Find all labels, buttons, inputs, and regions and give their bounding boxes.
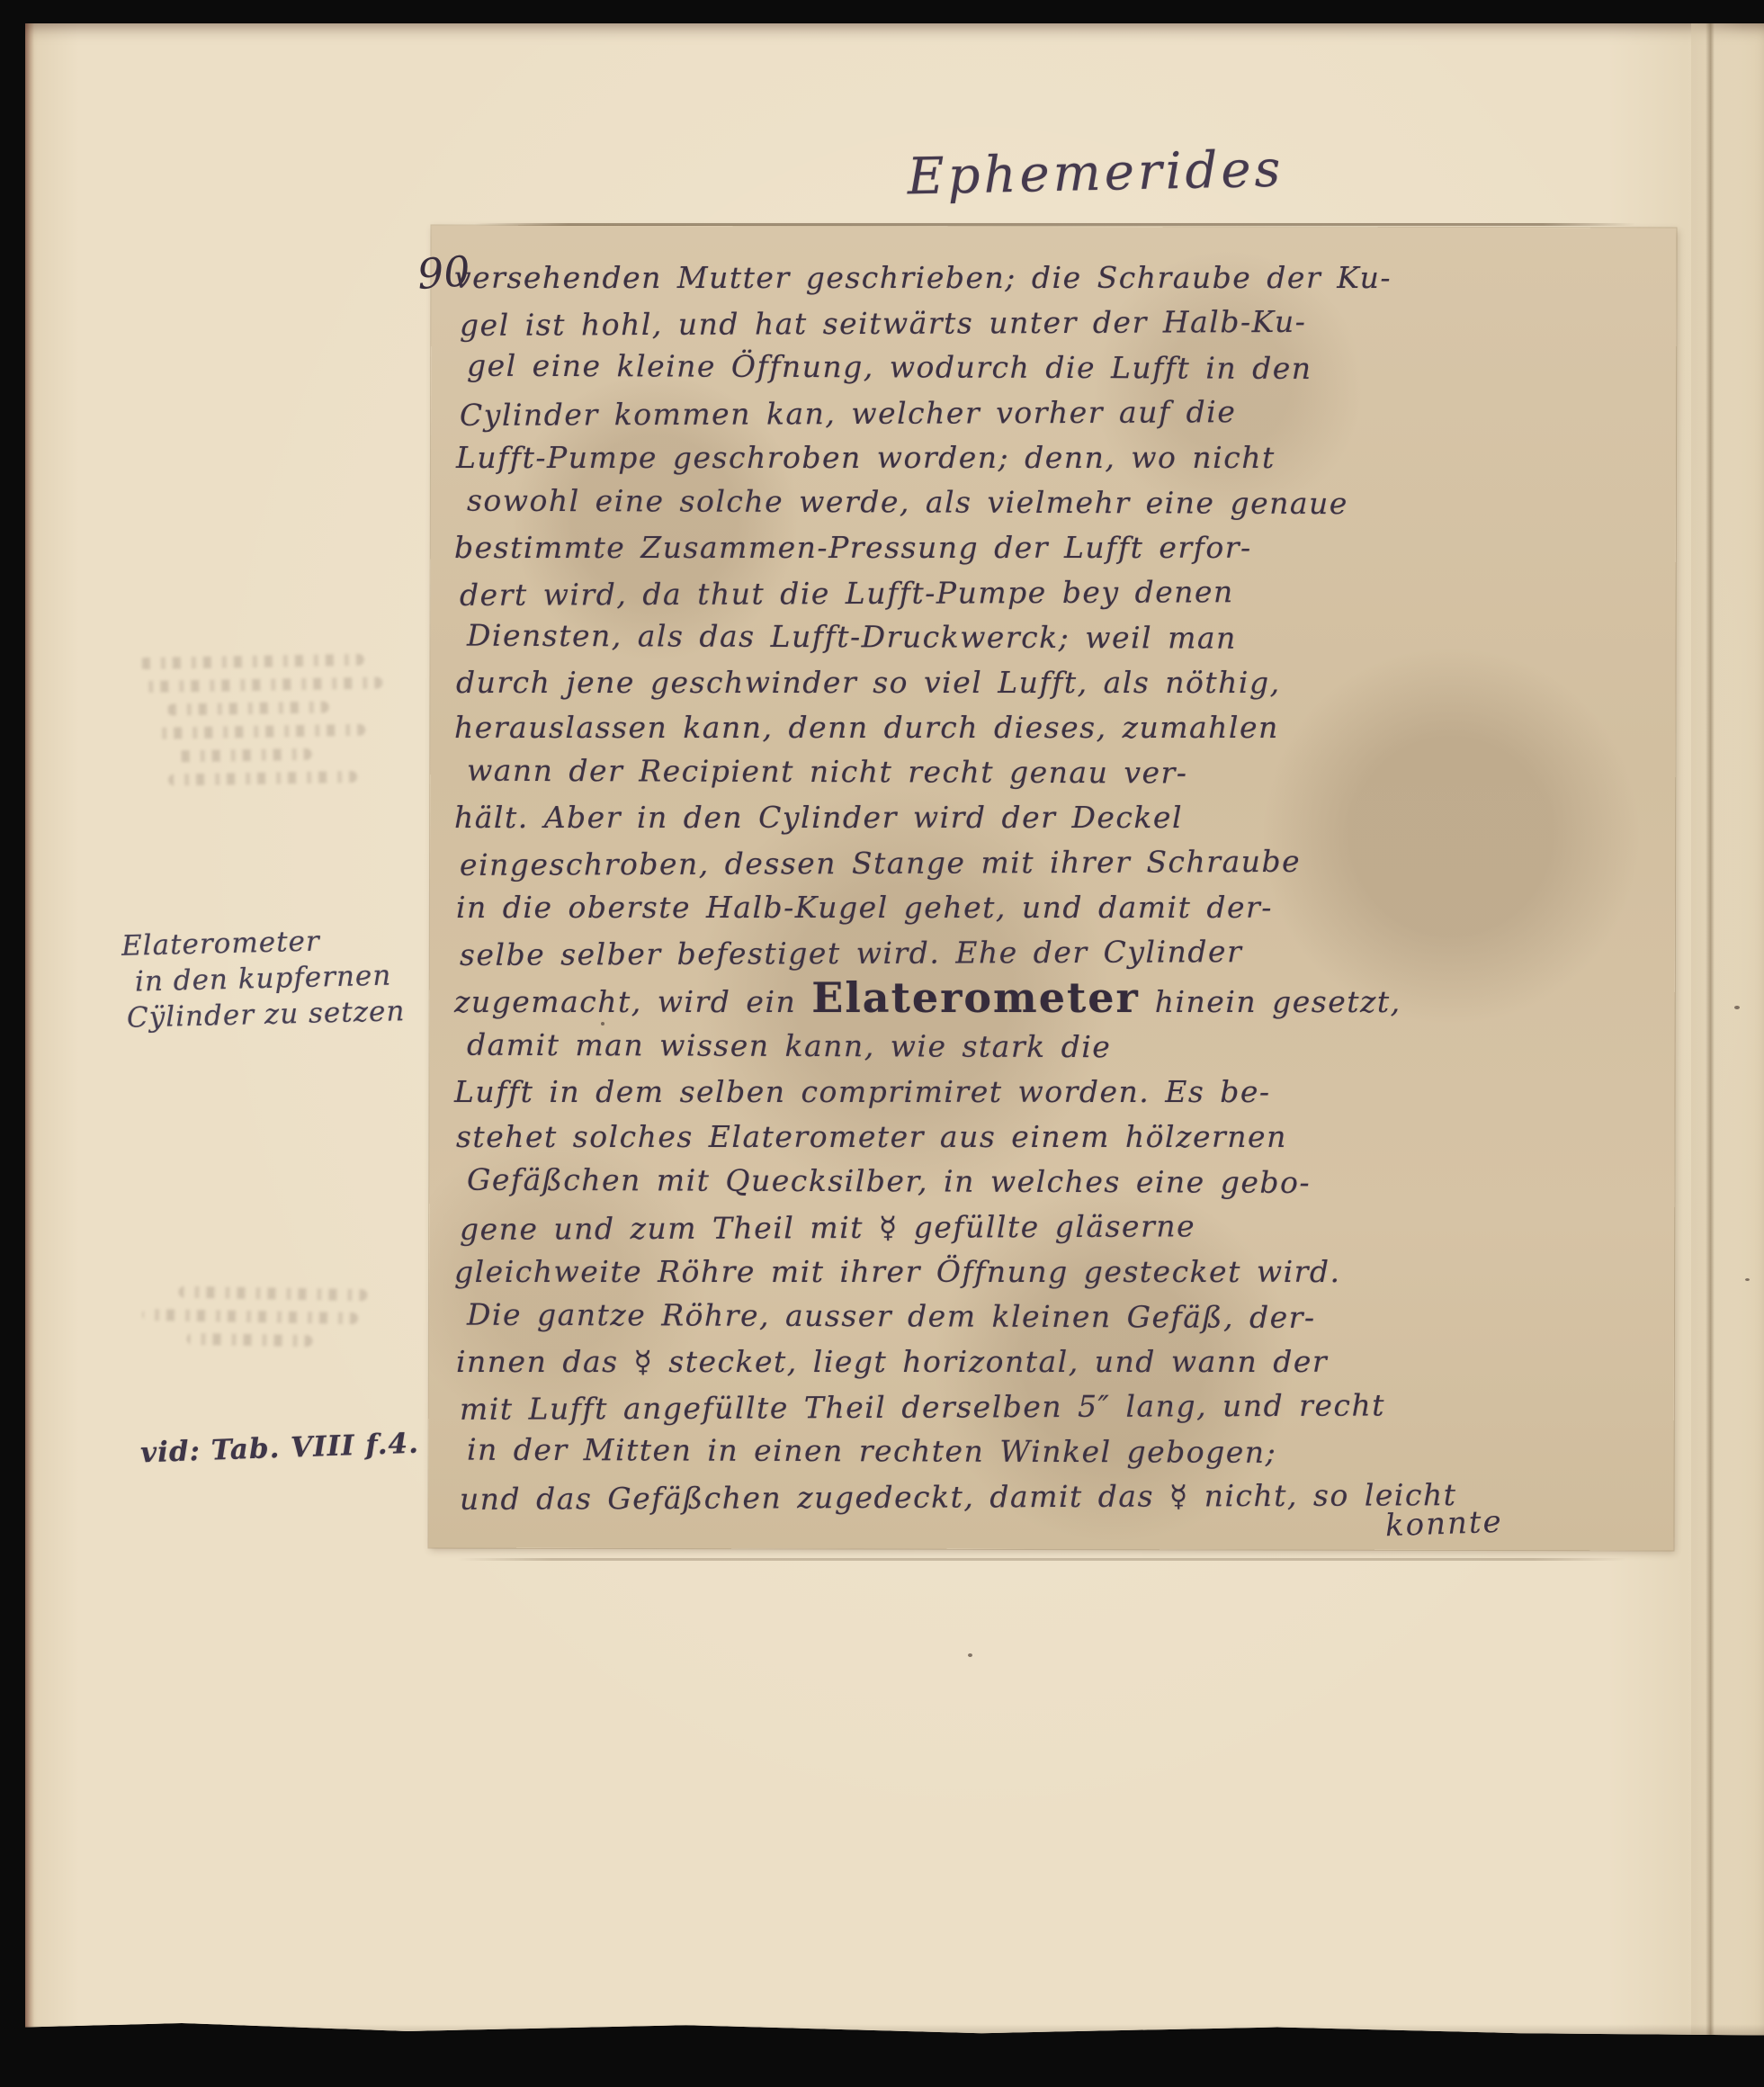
body-line: dert wird, da thut die Lufft-Pumpe bey d… [460, 568, 1679, 618]
body-line: durch jene geschwinder so viel Lufft, al… [456, 660, 1676, 705]
catchword: konnte [1384, 1504, 1503, 1545]
elaterometer-word: Elaterometer [811, 973, 1139, 1022]
ink-speck [968, 1653, 972, 1657]
body-line: eingeschroben, dessen Stange mit ihrer S… [460, 837, 1679, 888]
body-line: innen das ☿ stecket, liegt horizontal, u… [456, 1339, 1676, 1384]
body-text: versehenden Mutter geschrieben; die Schr… [454, 255, 1674, 1519]
ink-speck [601, 1022, 604, 1026]
bleedthrough-block-lower [132, 1274, 368, 1360]
body-line: Die gantze Röhre, ausser dem kleinen Gef… [467, 1293, 1687, 1342]
body-line: gleichweite Röhre mit ihrer Öffnung gest… [454, 1250, 1674, 1294]
body-line: mit Lufft angefüllte Theil derselben 5″ … [460, 1382, 1679, 1432]
body-line: bestimmte Zusammen-Pressung der Lufft er… [454, 525, 1674, 570]
page-title: Ephemerides [861, 139, 1330, 208]
body-line: damit man wissen kann, wie stark die [467, 1023, 1687, 1072]
scanned-book-page: Ephemerides 90 versehenden Mutter geschr… [0, 0, 1764, 2087]
body-line-post: hinein gesetzt, [1140, 984, 1401, 1019]
body-line: Diensten, als das Lufft-Druckwerck; weil… [467, 614, 1687, 663]
body-line: Cylinder kommen kan, welcher vorher auf … [460, 388, 1679, 438]
header-rule [475, 223, 1635, 226]
body-line: Lufft in dem selben comprimiret worden. … [454, 1070, 1674, 1115]
footer-rule [457, 1558, 1626, 1561]
ink-speck [1734, 1006, 1740, 1009]
body-line: in die oberste Halb-Kugel gehet, und dam… [456, 885, 1676, 930]
body-line: hält. Aber in den Cylinder wird der Deck… [454, 795, 1674, 840]
body-line: gel ist hohl, und hat seitwärts unter de… [460, 298, 1679, 348]
body-line: gene und zum Theil mit ☿ gefüllte gläser… [460, 1202, 1679, 1252]
body-line: wann der Recipient nicht recht genau ver… [467, 748, 1687, 798]
margin-note-line: Cÿlinder zu setzen [123, 993, 406, 1036]
body-line: sowohl eine solche werde, als vielmehr e… [467, 479, 1687, 528]
ink-speck [1745, 1278, 1750, 1281]
bleedthrough-block-upper [112, 641, 385, 798]
body-line: Gefäßchen mit Quecksilber, in welches ei… [467, 1158, 1687, 1207]
body-line-elaterometer: zugemacht, wird ein Elaterometer hinein … [454, 975, 1674, 1025]
fore-edge-strip [1691, 23, 1764, 2047]
margin-note-elaterometer: Elaterometer in den kupfernen Cÿlinder z… [121, 921, 406, 1036]
body-line: selbe selber befestiget wird. Ehe der Cy… [460, 927, 1679, 978]
page-fold-crease [1706, 23, 1715, 2047]
body-line: versehenden Mutter geschrieben; die Schr… [454, 255, 1674, 300]
margin-note-reference: vid: Tab. VIII f.4. [139, 1428, 419, 1470]
body-line: Lufft-Pumpe geschroben worden; denn, wo … [456, 435, 1676, 480]
body-line: stehet solches Elaterometer aus einem hö… [456, 1115, 1676, 1160]
body-line: gel eine kleine Öffnung, wodurch die Luf… [467, 344, 1687, 393]
body-line: in der Mitten in einen rechten Winkel ge… [467, 1428, 1687, 1477]
body-line-pre: zugemacht, wird ein [454, 984, 811, 1019]
album-leaf: Ephemerides 90 versehenden Mutter geschr… [25, 23, 1764, 2047]
body-line: herauslassen kann, denn durch dieses, zu… [454, 705, 1674, 750]
